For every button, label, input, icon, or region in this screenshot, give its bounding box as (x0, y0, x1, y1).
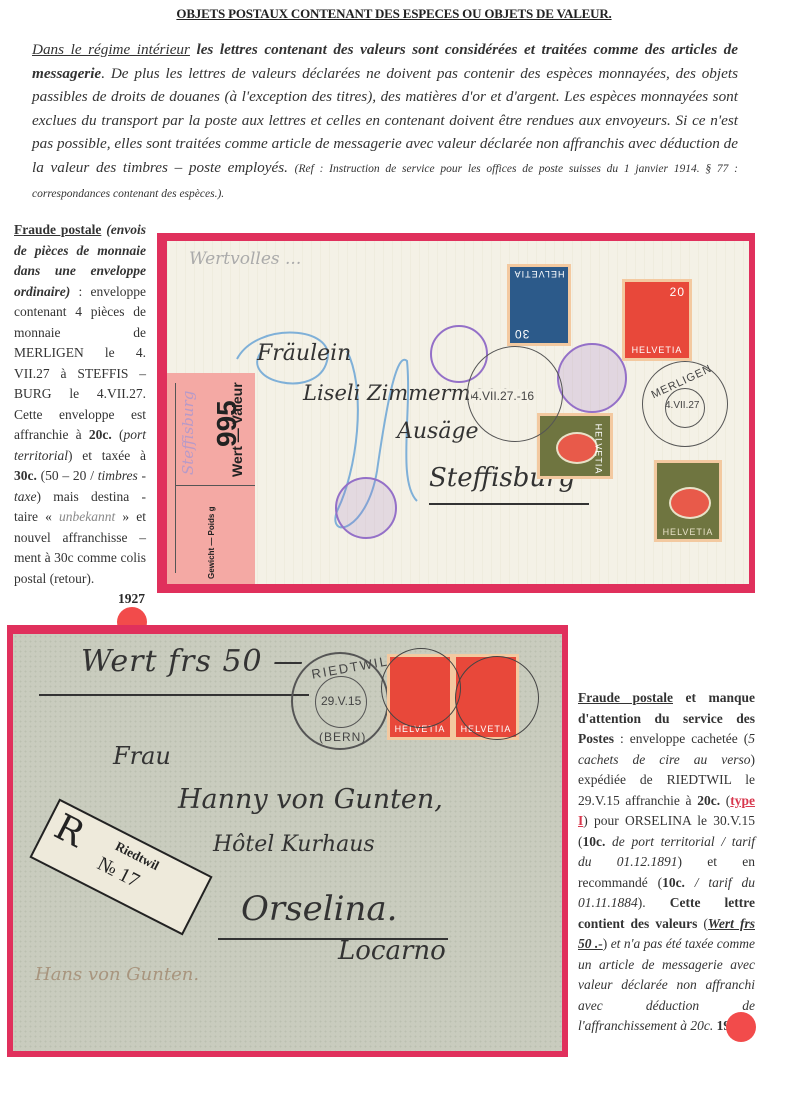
red-dot-marker (726, 1012, 756, 1042)
value-note: Wert frs 50 — (81, 644, 304, 679)
stamp-center (556, 432, 598, 464)
item1-amount: 20c. (89, 427, 112, 442)
stamp-center (669, 487, 711, 519)
postmark-riedtwil: RIEDTWIL 29.V.15 (BERN) (291, 652, 389, 750)
item1-text: : enveloppe contenant 4 pièces de monnai… (14, 284, 146, 443)
envelope2: Wert frs 50 — Frau Hanny von Gunten, Hôt… (13, 634, 562, 1051)
item2-amount: 10c. (662, 875, 685, 890)
postmark-date: 29.V.15 (321, 694, 361, 708)
address-line: Fräulein (257, 341, 351, 366)
item1-year: 1927 (118, 591, 145, 607)
item1-unknown: unbekannt (59, 509, 115, 524)
item2-heading: Fraude postale (578, 690, 673, 705)
address-line: Ausäge (397, 419, 479, 444)
stamp-red-20c: HELVETIA 20 (622, 279, 692, 361)
violet-cachet (557, 343, 627, 413)
address-line: Frau (113, 742, 171, 770)
item1-heading: Fraude postale (14, 222, 101, 237)
address-line: Hôtel Kurhaus (213, 832, 375, 857)
item2-amount: 20c. (697, 793, 720, 808)
postmark-on-stamp (455, 656, 539, 740)
postmark-date: 4.VII.27.-16 (472, 389, 534, 403)
address-line: Orselina. (241, 889, 397, 929)
postmark-region: (BERN) (319, 730, 366, 744)
value-note-underline (39, 694, 309, 696)
stamp-country: HELVETIA (657, 527, 719, 537)
stamp-country: HELVETIA (625, 345, 689, 355)
postmark-merligen: MERLIGEN 4.VII.27 (642, 361, 728, 447)
stamp-blue-30c: HELVETIA 30 (507, 264, 571, 346)
postmark-on-stamp (381, 648, 461, 728)
item1-text: ( (112, 427, 124, 442)
envelope1: Wertvolles ... Fräulein Liseli Zimmerman… (167, 241, 749, 584)
item2-text: ( (720, 793, 730, 808)
intro-paragraph: Dans le régime intérieur les lettres con… (32, 38, 738, 207)
address-line: Locarno (338, 936, 446, 966)
item2-amount: 10c. (583, 834, 606, 849)
item2-text: ( (697, 916, 708, 931)
item1-text: (50 – 20 / (37, 468, 98, 483)
value-label-weight: Gewicht — Poids g (207, 507, 216, 579)
violet-cachet (335, 477, 397, 539)
address-underline (429, 503, 589, 505)
item2-text: : enveloppe cachetée ( (614, 731, 748, 746)
sender-name: Hans von Gunten. (35, 964, 199, 985)
stamp-country: HELVETIA (510, 269, 568, 279)
stamp-value: 30 (514, 327, 529, 341)
registration-letter: R (48, 807, 91, 856)
item2-description: Fraude postale et manque d'attention du … (578, 688, 755, 1037)
item1-amount: 30c. (14, 468, 37, 483)
postmark-steffisburg: 4.VII.27.-16 (467, 346, 563, 442)
item1-description: Fraude postale (envois de pièces de monn… (14, 220, 146, 589)
postmark-date: 4.VII.27 (665, 400, 699, 411)
value-label-town: Steffisburg (179, 391, 197, 475)
stamp-value: 20 (670, 285, 685, 299)
item2-text: ) (603, 936, 611, 951)
address-line: Hanny von Gunten, (178, 784, 443, 815)
stamp-postage-due-20c: HELVETIA (654, 460, 722, 542)
item2-text: ). (638, 895, 670, 910)
intro-lead: Dans le régime intérieur (32, 41, 190, 58)
registration-label: R Riedtwil № 17 (29, 799, 212, 936)
value-label-type: Wert — Valeur (229, 382, 245, 477)
value-label: 995 Wert — Valeur Steffisburg Gewicht — … (167, 373, 255, 584)
item1-text: ) et taxée à (68, 448, 146, 463)
intro-body: . De plus les lettres de valeurs déclaré… (32, 65, 738, 176)
stamp-country: HELVETIA (594, 424, 604, 475)
page-title: OBJETS POSTAUX CONTENANT DES ESPECES OU … (0, 6, 788, 22)
